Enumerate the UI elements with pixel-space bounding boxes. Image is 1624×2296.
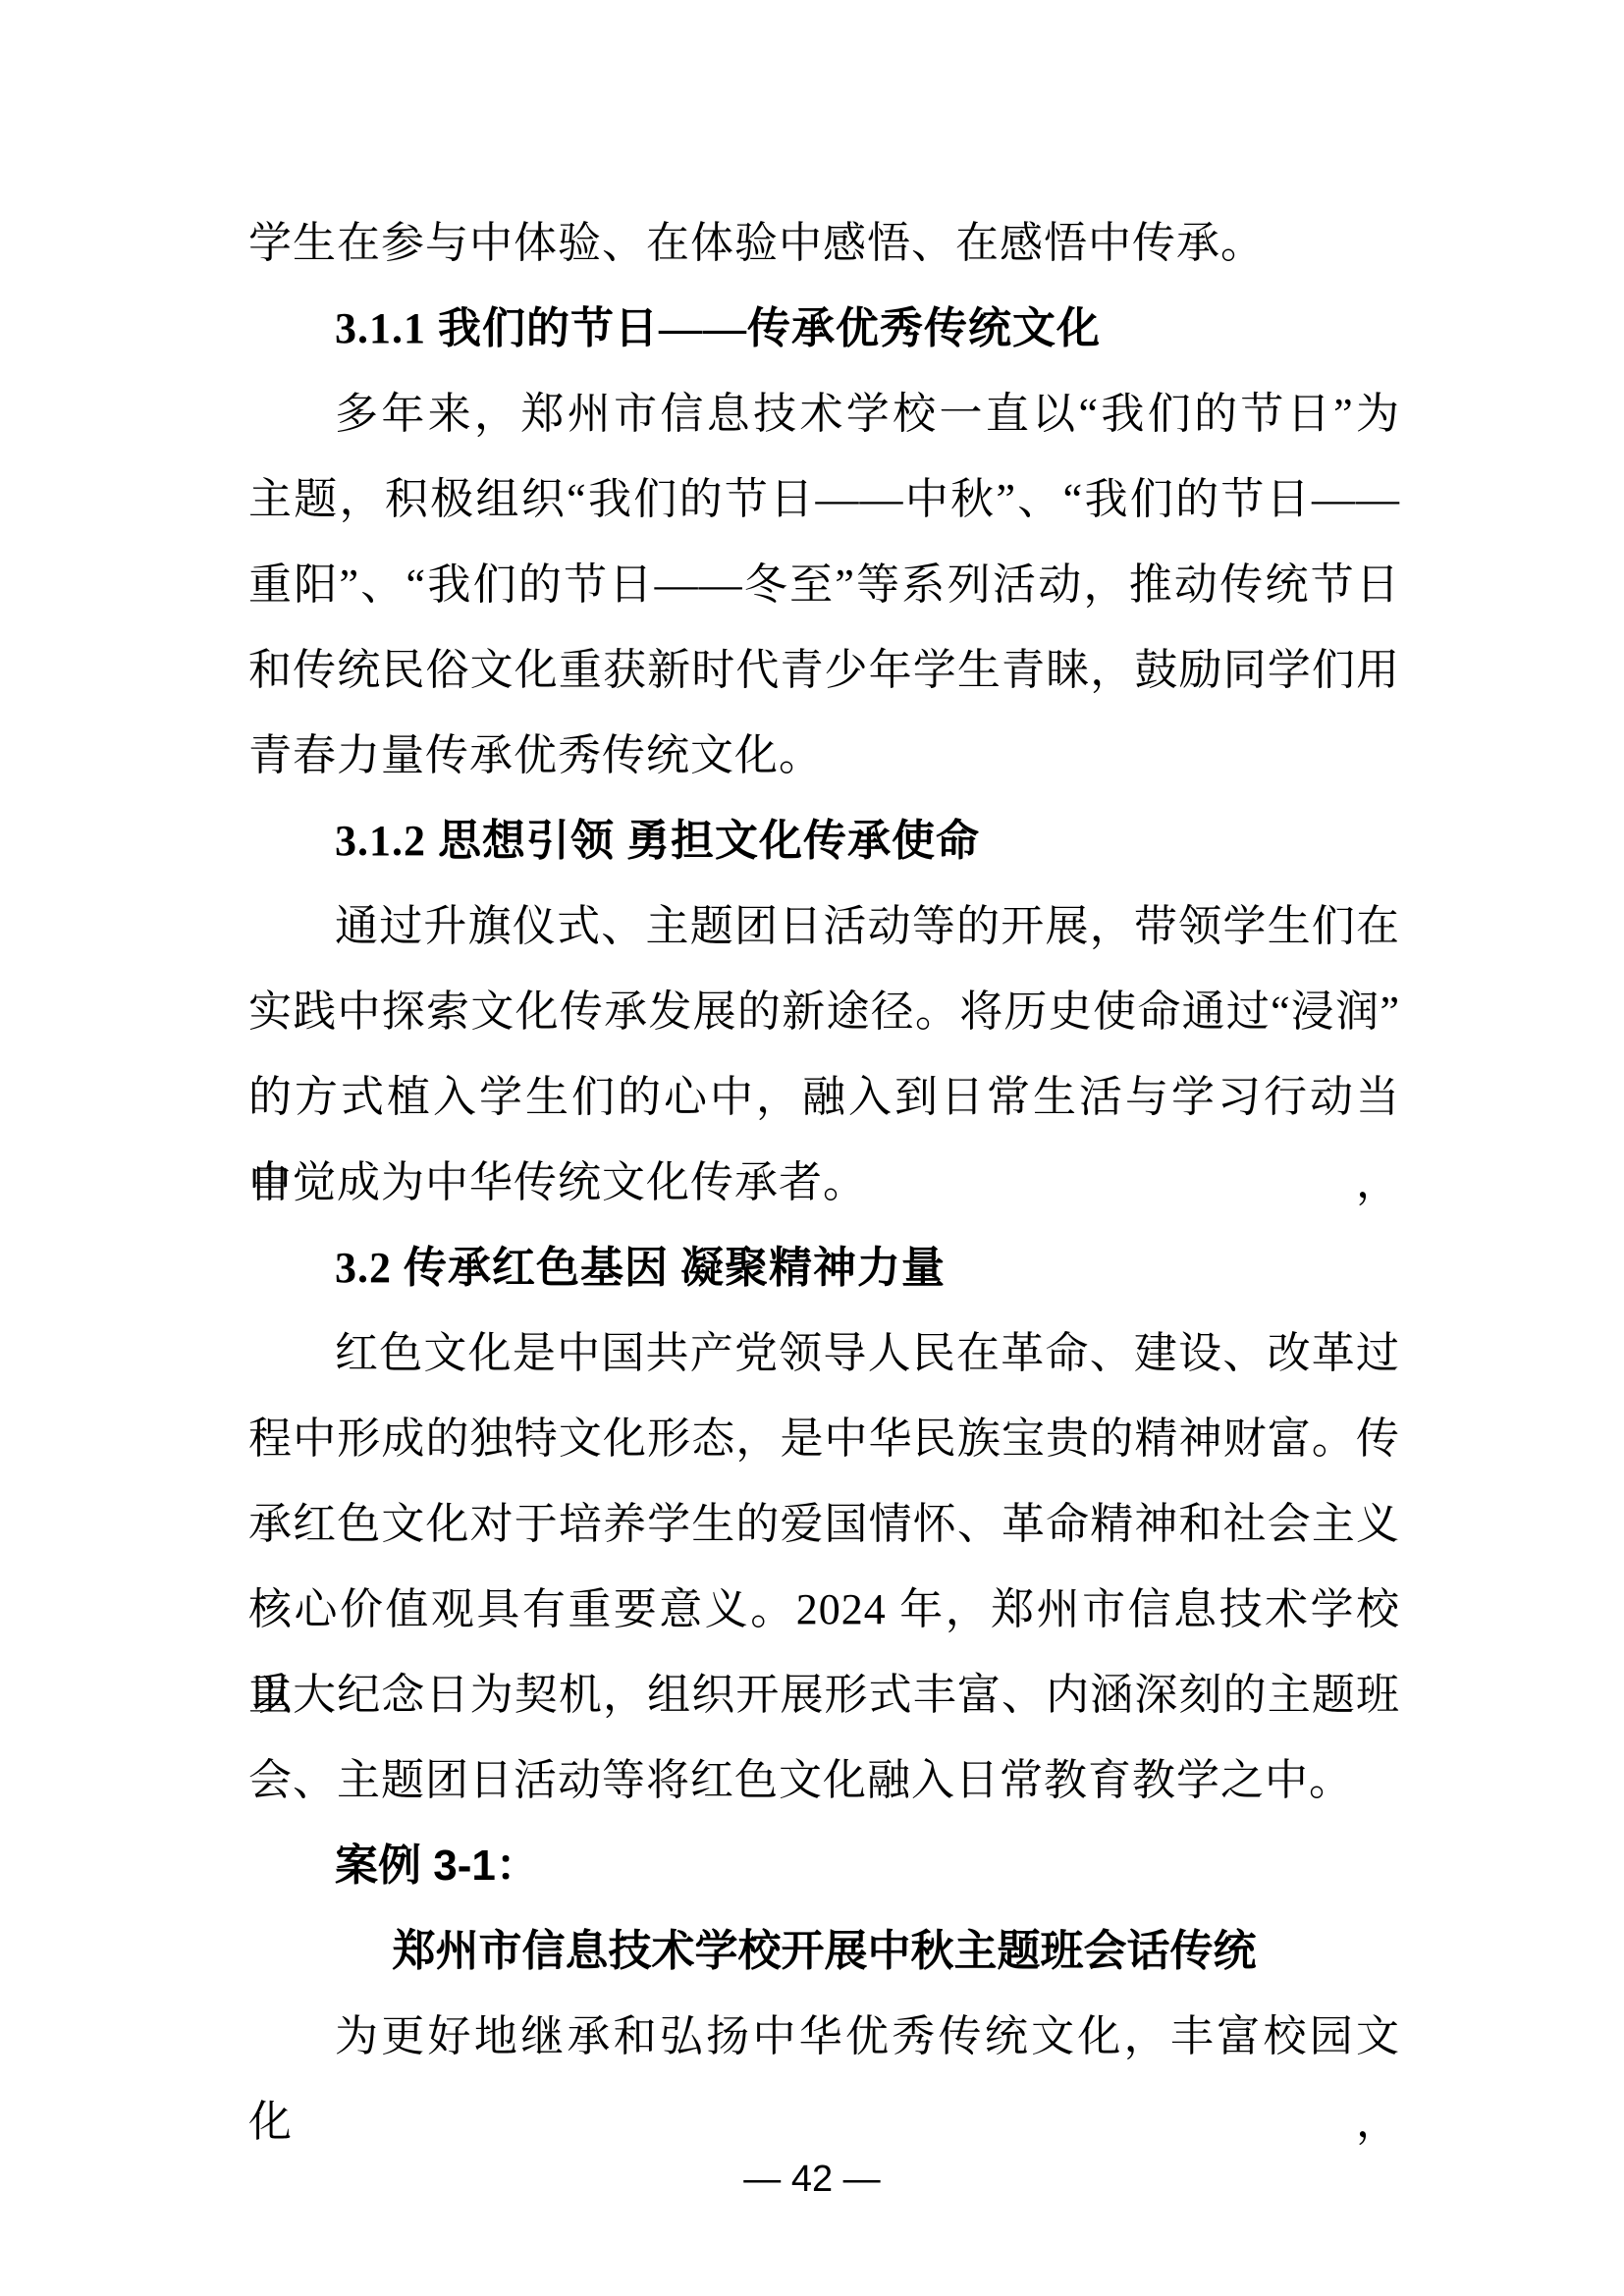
case-label: 案例 3-1： <box>248 1823 1400 1908</box>
body-line: 通过升旗仪式、主题团日活动等的开展，带领学生们在 <box>248 883 1400 969</box>
body-line: 为更好地继承和弘扬中华优秀传统文化，丰富校园文化， <box>248 1994 1400 2079</box>
document-page: 学生在参与中体验、在体验中感悟、在感悟中传承。 3.1.1 我们的节日——传承优… <box>0 0 1624 2296</box>
page-number: — 42 — <box>0 2156 1624 2203</box>
body-line: 会、主题团日活动等将红色文化融入日常教育教学之中。 <box>248 1737 1400 1823</box>
case-title: 郑州市信息技术学校开展中秋主题班会话传统 <box>248 1908 1400 1994</box>
body-line: 和传统民俗文化重获新时代青少年学生青睐，鼓励同学们用 <box>248 627 1400 713</box>
body-line: 的方式植入学生们的心中，融入到日常生活与学习行动当中， <box>248 1054 1400 1140</box>
section-heading-3-1-2: 3.1.2 思想引领 勇担文化传承使命 <box>248 798 1400 883</box>
body-line: 青春力量传承优秀传统文化。 <box>248 713 1400 798</box>
paragraph-continuation-line: 学生在参与中体验、在体验中感悟、在感悟中传承。 <box>248 200 1400 286</box>
text-block: 学生在参与中体验、在体验中感悟、在感悟中传承。 3.1.1 我们的节日——传承优… <box>248 200 1400 2079</box>
section-heading-3-2: 3.2 传承红色基因 凝聚精神力量 <box>248 1225 1400 1310</box>
section-heading-3-1-1: 3.1.1 我们的节日——传承优秀传统文化 <box>248 286 1400 371</box>
body-line: 主题，积极组织“我们的节日——中秋”、“我们的节日—— <box>248 456 1400 542</box>
body-line: 红色文化是中国共产党领导人民在革命、建设、改革过 <box>248 1310 1400 1396</box>
body-line: 核心价值观具有重要意义。2024 年，郑州市信息技术学校以 <box>248 1567 1400 1652</box>
body-line: 程中形成的独特文化形态，是中华民族宝贵的精神财富。传 <box>248 1396 1400 1481</box>
body-line: 实践中探索文化传承发展的新途径。将历史使命通过“浸润” <box>248 969 1400 1054</box>
body-line: 重阳”、“我们的节日——冬至”等系列活动，推动传统节日 <box>248 542 1400 627</box>
body-line: 多年来，郑州市信息技术学校一直以“我们的节日”为 <box>248 371 1400 456</box>
body-line: 重大纪念日为契机，组织开展形式丰富、内涵深刻的主题班 <box>248 1652 1400 1737</box>
body-line: 承红色文化对于培养学生的爱国情怀、革命精神和社会主义 <box>248 1481 1400 1567</box>
